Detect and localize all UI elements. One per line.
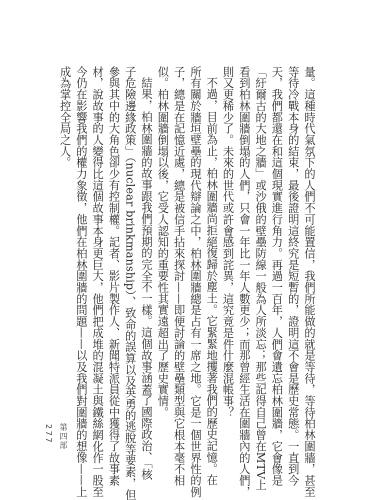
text-column: 等待冷戰本身的結束，最後證明這終究是短暫的，證明這不會是歷史常態。一直到今 — [284, 66, 300, 366]
text-column: 「紆爾古的大地之牆」或沙俄的壁壘防線一般為人所淡忘；那些記得自己曾在MTV上 — [252, 66, 268, 366]
text-column: 今仍在影響我們的權力象徵，他們在柏林圍牆的問題——以及我們對圍牆的想像——上 — [73, 66, 89, 366]
text-column: 則又更稀少了。未來的世代或許會感到詫異，這究竟是件什麼混帳事？ — [219, 66, 235, 366]
text-column: 似。柏林圍牆倒塌以後，它受人認知的重要性其實遠超出了歷史實情。 — [154, 66, 170, 366]
text-column: 材，說故事的人變得比這個故事本身更巨大，他們把成堆的混凝土與鐵絲網化作一股至 — [89, 66, 105, 366]
page-number: 277 — [44, 424, 53, 444]
text-column-paragraph-start: 不過，目前為止，柏林圍牆尚拒絕復歸於塵土。它緊緊地攫著我們的歷史記憶。在 — [203, 66, 219, 366]
text-column: 所有關於牆垣壁壘的現代辯論之中，柏林圍牆總是占有一席之地。它是一個世界性的例 — [187, 66, 203, 366]
text-column: 成為掌控全局之人。 — [56, 66, 72, 366]
text-column-paragraph-start: 結果，柏林圍牆的故事跟我們預期的完全不一樣。這個故事涵蓋了國際政治、「核 — [138, 66, 154, 366]
section-label: 第四部 — [58, 423, 69, 450]
text-column: 看到柏林圍牆倒塌的人們，只會一年比一年人數更少；而那曾經生活在圍牆內的人們， — [236, 66, 252, 366]
book-page: 量。這種時代氣氛下的人們不可能置信，我們所能做的就是等待，等待柏林圍牆，甚至 等… — [0, 0, 369, 500]
text-column: 子危險邊緣政策」（nuclear brinkmanship）、致命的誤算以及英勇… — [121, 66, 137, 366]
text-column: 天，我們都還在和這個現實進行角力。再過一百年，人們會遺忘柏林圍牆，它會像是 — [268, 66, 284, 366]
text-column: 量。這種時代氣氛下的人們不可能置信，我們所能做的就是等待，等待柏林圍牆，甚至 — [301, 66, 317, 366]
text-column: 子，總是在記憶近處，總是被信手拈來探討——即便討論的壁壘類型與它根本毫不相 — [170, 66, 186, 366]
body-text: 量。這種時代氣氛下的人們不可能置信，我們所能做的就是等待，等待柏林圍牆，甚至 等… — [56, 66, 317, 366]
text-column: 參與其中的大角色卻少有控制權。記者、影片製作人、新聞特派員從中獲得了故事素 — [105, 66, 121, 366]
